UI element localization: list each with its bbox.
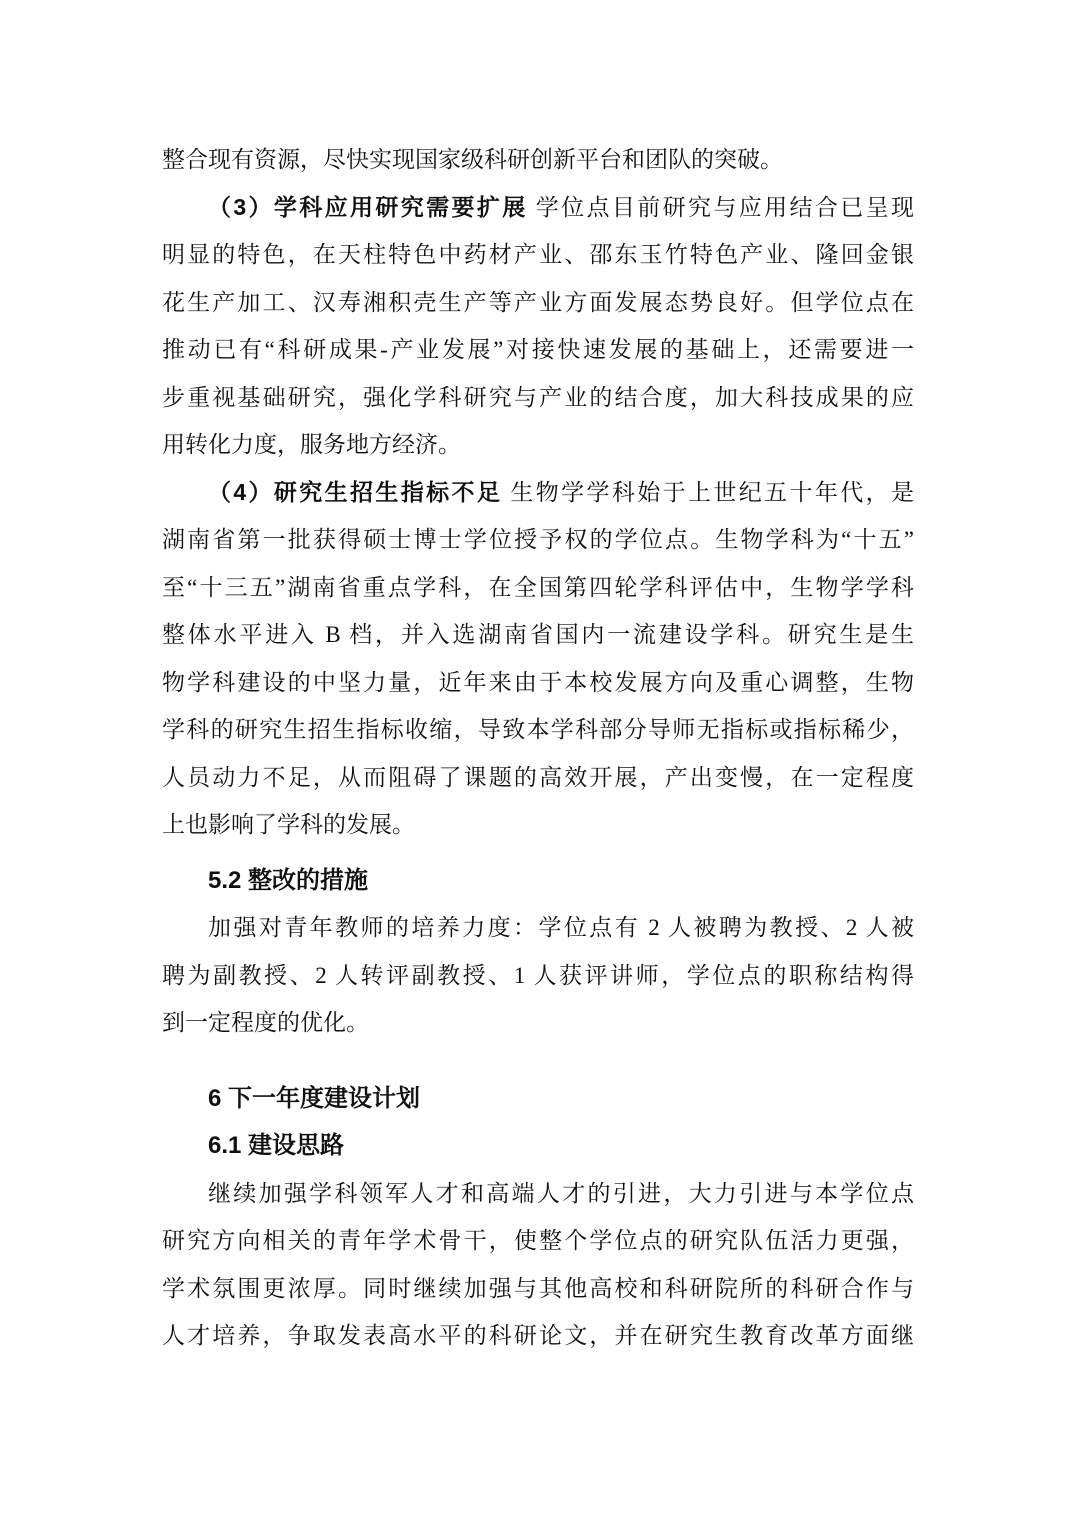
paragraph-line: 湖南省第一批获得硕士博士学位授予权的学位点。生物学科为“十五” xyxy=(162,516,914,564)
paragraph-line: 花生产加工、汉寿湘积壳生产等产业方面发展态势良好。但学位点在 xyxy=(162,279,914,327)
section-heading-5-2: 5.2 整改的措施 xyxy=(162,857,914,905)
text-column: 整合现有资源，尽快实现国家级科研创新平台和团队的突破。 （3）学科应用研究需要扩… xyxy=(162,136,914,1360)
paragraph-first-line: 继续加强学科领军人才和高端人才的引进，大力引进与本学位点 xyxy=(162,1170,914,1218)
paragraph-line: 用转化力度，服务地方经济。 xyxy=(162,421,914,469)
paragraph-line: 明显的特色，在天柱特色中药材产业、邵东玉竹特色产业、隆回金银 xyxy=(162,231,914,279)
paragraph-line: 整合现有资源，尽快实现国家级科研创新平台和团队的突破。 xyxy=(162,136,914,184)
paragraph-line: 至“十三五”湖南省重点学科，在全国第四轮学科评估中，生物学学科 xyxy=(162,564,914,612)
para-3-lead-rest: 学位点目前研究与应用结合已呈现 xyxy=(528,195,914,220)
paragraph-line: 研究方向相关的青年学术骨干，使整个学位点的研究队伍活力更强， xyxy=(162,1217,914,1265)
para-4-bold-lead: （4）研究生招生指标不足 xyxy=(208,479,502,505)
paragraph-line: 上也影响了学科的发展。 xyxy=(162,801,914,849)
para-4-lead-rest: 生物学学科始于上世纪五十年代，是 xyxy=(502,480,914,505)
document-page: 整合现有资源，尽快实现国家级科研创新平台和团队的突破。 （3）学科应用研究需要扩… xyxy=(0,0,1074,1520)
paragraph-line: 整体水平进入 B 档，并入选湖南省国内一流建设学科。研究生是生 xyxy=(162,611,914,659)
paragraph-first-line: （3）学科应用研究需要扩展 学位点目前研究与应用结合已呈现 xyxy=(162,184,914,232)
paragraph-first-line: （4）研究生招生指标不足 生物学学科始于上世纪五十年代，是 xyxy=(162,469,914,517)
paragraph-line: 学术氛围更浓厚。同时继续加强与其他高校和科研院所的科研合作与 xyxy=(162,1265,914,1313)
paragraph-line: 人员动力不足，从而阻碍了课题的高效开展，产出变慢，在一定程度 xyxy=(162,754,914,802)
paragraph-line: 到一定程度的优化。 xyxy=(162,999,914,1047)
para-3-bold-lead: （3）学科应用研究需要扩展 xyxy=(208,194,528,220)
paragraph-line: 人才培养，争取发表高水平的科研论文，并在研究生教育改革方面继 xyxy=(162,1312,914,1360)
section-heading-6: 6 下一年度建设计划 xyxy=(162,1075,914,1123)
paragraph-line: 推动已有“科研成果-产业发展”对接快速发展的基础上，还需要进一 xyxy=(162,326,914,374)
paragraph-line: 聘为副教授、2 人转评副教授、1 人获评讲师，学位点的职称结构得 xyxy=(162,952,914,1000)
section-heading-6-1: 6.1 建设思路 xyxy=(162,1122,914,1170)
paragraph-first-line: 加强对青年教师的培养力度：学位点有 2 人被聘为教授、2 人被 xyxy=(162,904,914,952)
paragraph-line: 步重视基础研究，强化学科研究与产业的结合度，加大科技成果的应 xyxy=(162,374,914,422)
paragraph-line: 学科的研究生招生指标收缩，导致本学科部分导师无指标或指标稀少， xyxy=(162,706,914,754)
paragraph-line: 物学科建设的中坚力量，近年来由于本校发展方向及重心调整，生物 xyxy=(162,659,914,707)
